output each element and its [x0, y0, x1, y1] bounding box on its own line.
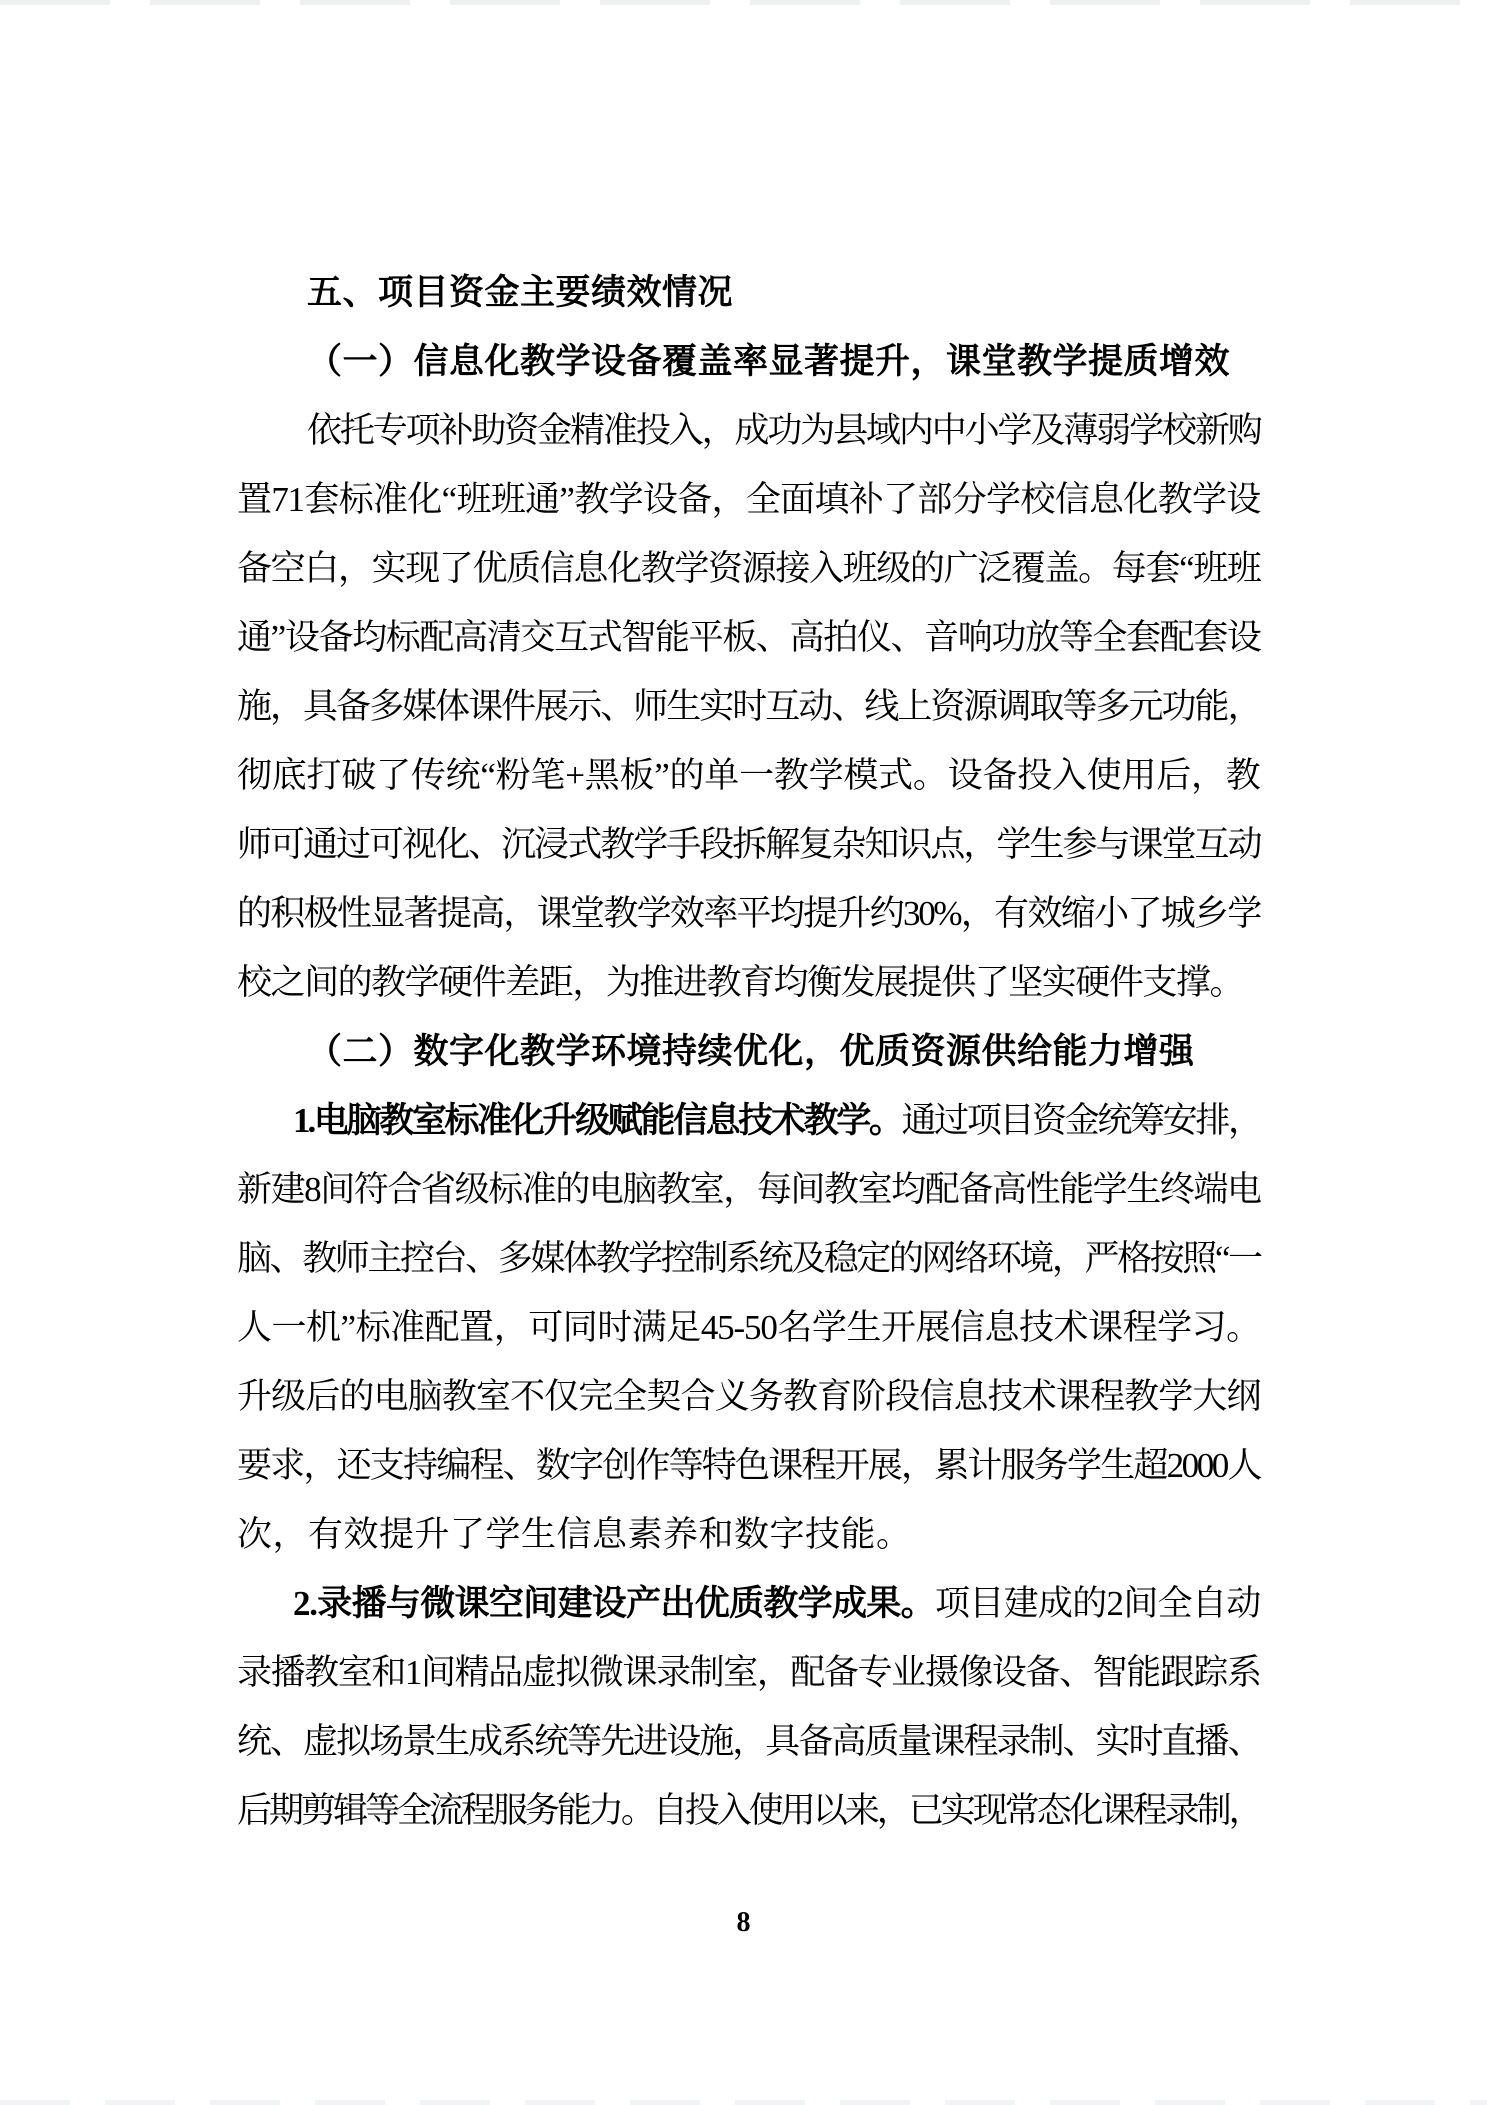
paragraph-line: 录播教室和1间精品虚拟微课录制室，配备专业摄像设备、智能跟踪系 — [237, 1638, 1260, 1707]
text-run: 通过项目资金统筹安排， — [902, 1101, 1260, 1140]
paragraph-line: 后期剪辑等全流程服务能力。自投入使用以来，已实现常态化课程录制， — [237, 1776, 1260, 1845]
page-number: 8 — [0, 1906, 1487, 1940]
document-page: 五、项目资金主要绩效情况 （一）信息化教学设备覆盖率显著提升，课堂教学提质增效 … — [0, 0, 1487, 2105]
paragraph-line: 新建8间符合省级标准的电脑教室，每间教室均配备高性能学生终端电 — [237, 1155, 1260, 1224]
paragraph-line: 校之间的教学硬件差距，为推进教育均衡发展提供了坚实硬件支撑。 — [237, 948, 1260, 1017]
paragraph-line: 彻底打破了传统“粉笔+黑板”的单一教学模式。设备投入使用后，教 — [237, 741, 1260, 810]
paragraph-line: 备空白，实现了优质信息化教学资源接入班级的广泛覆盖。每套“班班 — [237, 534, 1260, 603]
paragraph-line: 人一机”标准配置，可同时满足45-50名学生开展信息技术课程学习。 — [237, 1293, 1260, 1362]
paragraph-line: 通”设备均标配高清交互式智能平板、高拍仪、音响功放等全套配套设 — [237, 603, 1260, 672]
text-run: 项目建成的2间全自动 — [935, 1584, 1260, 1623]
numbered-item-title: 1.电脑教室标准化升级赋能信息技术教学。 — [293, 1101, 902, 1140]
paragraph-line: 师可通过可视化、沉浸式教学手段拆解复杂知识点，学生参与课堂互动 — [237, 810, 1260, 879]
paragraph-line: 要求，还支持编程、数字创作等特色课程开展，累计服务学生超2000人 — [237, 1431, 1260, 1500]
document-body: 五、项目资金主要绩效情况 （一）信息化教学设备覆盖率显著提升，课堂教学提质增效 … — [237, 258, 1260, 1845]
paragraph-line: 的积极性显著提高，课堂教学效率平均提升约30%，有效缩小了城乡学 — [237, 879, 1260, 948]
paragraph-line: 次，有效提升了学生信息素养和数字技能。 — [237, 1500, 1260, 1569]
numbered-item-line: 1.电脑教室标准化升级赋能信息技术教学。通过项目资金统筹安排， — [237, 1086, 1260, 1155]
scan-artifact-bottom — [0, 2100, 1487, 2105]
numbered-item-title: 2.录播与微课空间建设产出优质教学成果。 — [293, 1584, 935, 1623]
paragraph-line: 统、虚拟场景生成系统等先进设施，具备高质量课程录制、实时直播、 — [237, 1707, 1260, 1776]
paragraph-line: 置71套标准化“班班通”教学设备，全面填补了部分学校信息化教学设 — [237, 465, 1260, 534]
paragraph-line: 脑、教师主控台、多媒体教学控制系统及稳定的网络环境，严格按照“一 — [237, 1224, 1260, 1293]
paragraph-line: 升级后的电脑教室不仅完全契合义务教育阶段信息技术课程教学大纲 — [237, 1362, 1260, 1431]
numbered-item-line: 2.录播与微课空间建设产出优质教学成果。项目建成的2间全自动 — [237, 1569, 1260, 1638]
section-heading: 五、项目资金主要绩效情况 — [237, 258, 1260, 327]
subsection-heading: （一）信息化教学设备覆盖率显著提升，课堂教学提质增效 — [237, 327, 1260, 396]
scan-artifact-top — [0, 0, 1487, 5]
paragraph-line: 依托专项补助资金精准投入，成功为县域内中小学及薄弱学校新购 — [237, 396, 1260, 465]
paragraph-line: 施，具备多媒体课件展示、师生实时互动、线上资源调取等多元功能， — [237, 672, 1260, 741]
subsection-heading: （二）数字化教学环境持续优化，优质资源供给能力增强 — [237, 1017, 1260, 1086]
